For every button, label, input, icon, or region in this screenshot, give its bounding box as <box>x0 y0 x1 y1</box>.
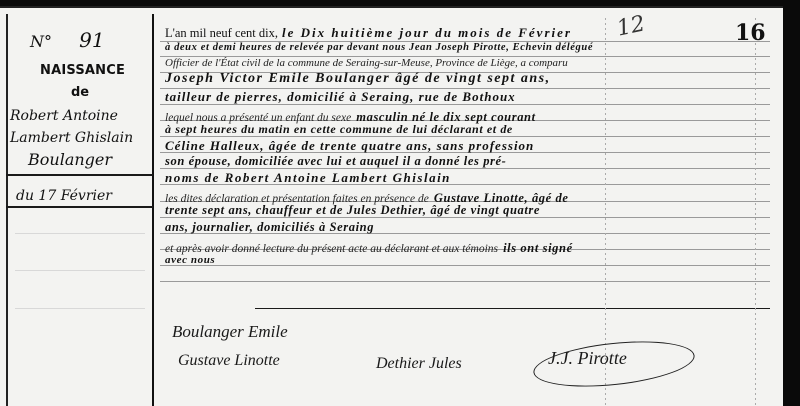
body-line-15: avec nous <box>165 254 765 266</box>
ruled-line <box>160 281 770 282</box>
body-line-10: noms de Robert Antoine Lambert Ghislain <box>165 170 765 186</box>
left-column-divider <box>6 174 153 176</box>
register-number: N° 91 <box>30 28 105 52</box>
left-border-rule <box>6 14 8 406</box>
body-line-8: Céline Halleux, âgée de trente quatre an… <box>165 138 765 154</box>
signature-witness-2: Dethier Jules <box>376 355 462 373</box>
handwritten-text: le Dix huitième jour du mois de Février <box>282 25 572 40</box>
child-name-line-1: Robert Antoine <box>10 108 150 124</box>
register-label: N° <box>30 32 52 51</box>
left-column-divider <box>6 206 153 208</box>
body-line-4: Joseph Victor Emile Boulanger âgé de vin… <box>165 71 765 87</box>
column-divider-rule <box>152 14 154 406</box>
guide-line <box>15 233 145 234</box>
body-line-9: son épouse, domiciliée avec lui et auque… <box>165 154 765 169</box>
guide-line <box>15 270 145 271</box>
record-date: du 17 Février <box>16 188 112 204</box>
body-line-3: Officier de l'État civil de la commune d… <box>165 57 765 69</box>
child-name-line-3: Boulanger <box>28 150 168 169</box>
birth-record-page: N° 91 NAISSANCE de Robert Antoine Lamber… <box>0 6 783 406</box>
body-line-12: trente sept ans, chauffeur et de Jules D… <box>165 203 765 218</box>
act-type-heading: NAISSANCE <box>40 63 125 78</box>
body-line-2: à deux et demi heures de relevée par dev… <box>165 42 765 53</box>
body-line-7: à sept heures du matin en cette commune … <box>165 122 765 137</box>
closing-rule <box>255 308 770 309</box>
guide-line <box>15 308 145 309</box>
act-type-de: de <box>71 85 89 100</box>
body-line-1: L'an mil neuf cent dix, le Dix huitième … <box>165 25 765 41</box>
printed-text: L'an mil neuf cent dix, <box>165 26 278 40</box>
signature-declarant: Boulanger Emile <box>172 322 288 342</box>
signature-officer: J.J. Pirotte <box>548 348 627 369</box>
body-line-13: ans, journalier, domiciliés à Seraing <box>165 220 765 235</box>
register-number-value: 91 <box>79 28 104 52</box>
signature-witness-1: Gustave Linotte <box>178 352 280 370</box>
handwritten-text: ils ont signé <box>503 241 573 255</box>
child-name-line-2: Lambert Ghislain <box>10 130 150 146</box>
body-line-5: tailleur de pierres, domicilié à Seraing… <box>165 89 765 105</box>
